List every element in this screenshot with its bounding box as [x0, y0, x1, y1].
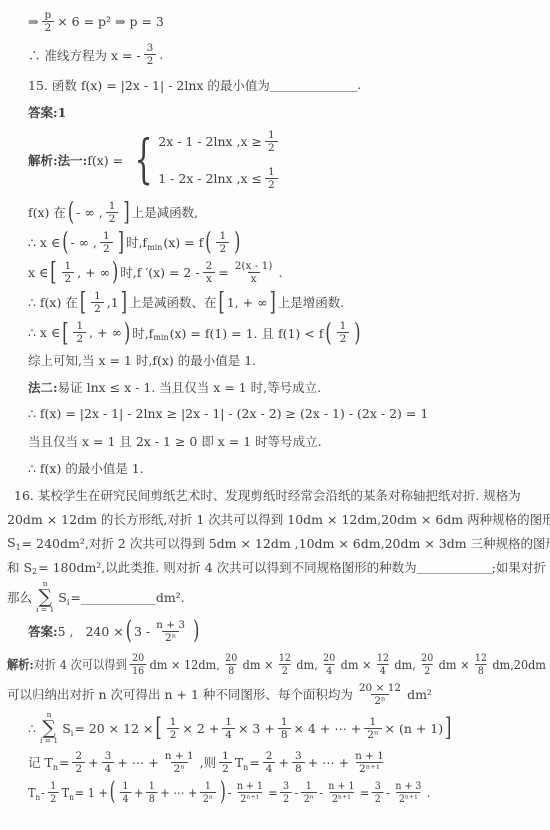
fraction: 128 [472, 652, 489, 677]
text-run: S [62, 721, 71, 736]
text-run: + [88, 755, 98, 770]
fraction: 32 [280, 780, 291, 805]
numerator: n + 1 [352, 750, 387, 762]
sum-lower-limit: i = 1 [36, 606, 54, 614]
text-run: ∴ x ∈ [28, 235, 60, 250]
p15-method2-lemma: 法二:易证 lnx ≤ x - 1. 当且仅当 x = 1 时,等号成立. [28, 376, 544, 397]
fraction: 12 [106, 200, 119, 225]
denominator: 8 [146, 792, 157, 805]
numerator: 3 [292, 750, 305, 762]
text-run: , + ∞ [89, 325, 122, 340]
big-delimiter: ) [193, 619, 199, 644]
text-run: = 240dm²,对折 2 次共可以得到 5dm × 12dm ,10dm × … [22, 534, 550, 552]
big-delimiter: ( [110, 780, 116, 805]
fraction: p2 [41, 9, 54, 34]
big-delimiter: ] [121, 290, 127, 315]
fraction: 122 [276, 652, 293, 677]
subscript: n [53, 763, 58, 772]
denominator: 2 [337, 332, 350, 345]
p15-method2-inequality: ∴ f(x) = |2x - 1| - 2lnx ≥ |2x - 1| - (2… [28, 403, 544, 424]
p15-decreasing-interval: f(x) 在( - ∞ ,12] 上是减函数, [28, 199, 544, 226]
text-run: S [7, 535, 16, 550]
numerator: 2 [203, 260, 216, 272]
text-run: . [427, 785, 431, 800]
fraction: 12 [73, 320, 86, 345]
big-delimiter: ] [270, 290, 276, 315]
fraction: 124 [374, 652, 391, 677]
text-run: 当且仅当 x = 1 且 2x - 1 ≥ 0 即 x = 1 时等号成立. [28, 432, 322, 450]
denominator: 2 [265, 141, 278, 154]
denominator: 2ⁿ [200, 792, 216, 805]
denominator: 4 [377, 664, 388, 677]
text-run: x ∈ [28, 265, 48, 280]
text-run: dm² [407, 687, 432, 702]
denominator: 2ⁿ⁺¹ [329, 792, 353, 805]
text-run: 2x - 1 - 2lnx ,x ≥ [158, 134, 262, 149]
p15-min-on-right-interval: ∴ x ∈ [12, + ∞ ) 时,fmin(x) = f(1) = 1. 且… [28, 319, 544, 346]
numerator: 12 [276, 652, 293, 664]
text-run: ∴ 准线方程为 x = - [28, 46, 141, 64]
text-run: - [294, 785, 298, 800]
text-run: 5 , 240 × [58, 624, 124, 639]
bold-text-run: 法二: [28, 378, 58, 396]
numerator: p [41, 9, 54, 21]
text-run: = [249, 755, 259, 770]
denominator: 2ⁿ [364, 728, 381, 741]
text-run: dm × [243, 657, 274, 672]
p14-parameter-step: ⇒ p2 × 6 = p² ⇒ p = 3 [28, 8, 544, 35]
p16-answer: 答案:5 , 240 × (3 - n + 32ⁿ) [28, 618, 544, 645]
cases-row: 1 - 2x - 2lnx ,x ≤ 12 [158, 165, 280, 192]
text-run: = [218, 265, 228, 280]
denominator: 2 [42, 21, 55, 34]
document-page: ⇒ p2 × 6 = p² ⇒ p = 3∴ 准线方程为 x = - 32.15… [0, 0, 550, 830]
text-run: dm, [296, 657, 317, 672]
text-run: 对折 4 次可以得到 [34, 655, 127, 673]
subscript: 1 [16, 543, 21, 552]
denominator: 2 [167, 728, 180, 741]
denominator: x [248, 272, 260, 285]
big-delimiter: ( [62, 230, 68, 255]
subscript: n [69, 793, 74, 802]
text-run: = [59, 755, 69, 770]
numerator: 3 [372, 780, 383, 792]
big-delimiter: ( [68, 200, 74, 225]
p16-statement-line1: 16. 某校学生在研究民间剪纸艺术时、发现剪纸时经常会沿纸的某条对称轴把纸对折.… [14, 484, 544, 505]
text-run: f(x) 在 [28, 203, 66, 221]
numerator: 1 [222, 716, 235, 728]
numerator: 1 [146, 780, 157, 792]
big-delimiter: ( [126, 619, 132, 644]
subscript: n [36, 793, 41, 802]
fraction: 12 [219, 750, 232, 775]
text-run: + ⋯ + [160, 785, 197, 800]
piecewise-cases: {2x - 1 - 2lnx ,x ≥ 121 - 2x - 2lnx ,x ≤… [127, 128, 281, 192]
fraction: 18 [146, 780, 157, 805]
text-run: ∴ x ∈ [28, 325, 60, 340]
text-run: S [58, 590, 67, 605]
fraction: 12 [48, 780, 59, 805]
numerator: 2 [72, 750, 85, 762]
subscript: i [67, 598, 70, 607]
text-run: f(x) = [87, 153, 123, 168]
text-run: × (n + 1) [385, 721, 444, 736]
fraction: 2(x - 1)x [232, 260, 276, 285]
text-run: 15. 函数 f(x) = |2x - 1| - 2lnx 的最小值为 [28, 76, 270, 94]
denominator: 2 [144, 54, 157, 67]
big-delimiter: [ [80, 290, 86, 315]
numerator: 20 [129, 652, 146, 664]
text-run: dm × [439, 657, 470, 672]
numerator: n + 1 [162, 750, 197, 762]
text-run: 上是增函数. [278, 293, 344, 311]
fraction: 24 [263, 750, 276, 775]
text-run: 上是减函数, [132, 203, 198, 221]
answer-blank: ____________ [417, 559, 492, 574]
text-run: 那么 [7, 588, 32, 606]
fraction: 12 [100, 230, 113, 255]
numerator: 1 [120, 780, 131, 792]
text-run: - ∞ , [76, 205, 103, 220]
numerator: 12 [472, 652, 489, 664]
denominator: 2ⁿ⁺¹ [238, 792, 262, 805]
cases-brace: { [135, 137, 153, 184]
text-run: = [70, 590, 80, 605]
text-run: × 4 + ⋯ + [294, 721, 362, 736]
denominator: 2ⁿ⁺¹ [356, 762, 383, 775]
numerator: 3 [280, 780, 291, 792]
text-run: 综上可知,当 x = 1 时,f(x) 的最小值是 1. [28, 351, 256, 369]
text-run: . [357, 77, 361, 92]
fraction: 18 [278, 716, 291, 741]
text-run: 时,f [126, 233, 147, 251]
text-run: 记 T [28, 753, 53, 771]
text-run: 20dm × 12dm 的长方形纸,对折 1 次共可以得到 10dm × 12d… [7, 510, 550, 528]
p15-answer: 答案:1 [28, 101, 544, 122]
cases-rows: 2x - 1 - 2lnx ,x ≥ 121 - 2x - 2lnx ,x ≤ … [158, 128, 280, 192]
text-run: 易证 lnx ≤ x - 1. 当且仅当 x = 1 时,等号成立. [58, 378, 321, 396]
denominator: 4 [263, 762, 276, 775]
bold-text-run: 解析: [7, 655, 34, 673]
denominator: 4 [102, 762, 115, 775]
text-run: T [235, 755, 243, 770]
p15-derivative: x ∈ [12, + ∞ ) 时,f ′(x) = 2 - 2x = 2(x -… [28, 259, 544, 286]
text-run: 时,f ′(x) = 2 - [120, 263, 199, 281]
big-delimiter: ) [234, 230, 240, 255]
fraction: 2016 [129, 652, 146, 677]
answer-blank: ____________ [81, 590, 156, 605]
summation-symbol: n∑i = 1 [40, 711, 58, 746]
fraction: 32 [372, 780, 383, 805]
text-run: dm². [156, 590, 185, 605]
fraction: 2x [203, 260, 216, 285]
big-delimiter: ) [112, 260, 118, 285]
p16-statement-line2: 20dm × 12dm 的长方形纸,对折 1 次共可以得到 10dm × 12d… [7, 508, 544, 529]
big-delimiter: ) [220, 780, 226, 805]
text-run: , + ∞ [77, 265, 110, 280]
subscript: 2 [32, 567, 37, 576]
fraction: 12ⁿ [364, 716, 381, 741]
text-run: 可以归纳出对折 n 次可得出 n + 1 种不同图形、每个面积均为 [7, 685, 353, 703]
bold-text-run: 解析:法一: [28, 151, 87, 169]
big-delimiter: [ [155, 716, 161, 741]
p15-min-on-left-interval: ∴ x ∈ ( - ∞ ,12] 时,fmin(x) = f(12) [28, 229, 544, 256]
text-run: (x) = f [163, 235, 203, 250]
fraction: 32 [144, 42, 157, 67]
text-run: dm × [341, 657, 372, 672]
text-run: (x) = f(1) = 1. 且 f(1) < f [170, 324, 324, 342]
numerator: 2(x - 1) [232, 260, 276, 272]
numerator: 1 [106, 200, 119, 212]
numerator: 1 [167, 716, 180, 728]
p15-method2-conclusion: ∴ f(x) 的最小值是 1. [28, 457, 544, 478]
text-run: ∴ f(x) = |2x - 1| - 2lnx ≥ |2x - 1| - (2… [28, 406, 428, 421]
p15-problem-statement: 15. 函数 f(x) = |2x - 1| - 2lnx 的最小值为_____… [28, 74, 544, 95]
fraction: 12 [337, 320, 350, 345]
text-run: = [360, 785, 369, 800]
cases-row: 2x - 1 - 2lnx ,x ≥ 12 [158, 128, 280, 155]
numerator: 1 [219, 750, 232, 762]
denominator: 2 [48, 792, 59, 805]
fraction: 12 [167, 716, 180, 741]
denominator: 2 [219, 762, 232, 775]
numerator: 1 [48, 780, 59, 792]
numerator: 12 [374, 652, 391, 664]
p15-monotonicity: ∴ f(x) 在[12,1] 上是减函数、在[1, + ∞ ] 上是增函数. [28, 289, 544, 316]
text-run: 和 S [7, 558, 32, 576]
text-run: ⇒ [28, 14, 38, 29]
denominator: 2 [72, 762, 85, 775]
text-run: 16. 某校学生在研究民间剪纸艺术时、发现剪纸时经常会沿纸的某条对称轴把纸对折.… [14, 486, 521, 504]
subscript: min [153, 333, 168, 342]
denominator: 2 [62, 272, 75, 285]
sigma-glyph: ∑ [38, 588, 52, 606]
bold-text-run: 答案:1 [28, 103, 66, 121]
big-delimiter: [ [218, 290, 224, 315]
numerator: 1 [73, 320, 86, 332]
numerator: 1 [367, 716, 380, 728]
fraction: n + 12ⁿ [162, 750, 197, 775]
fraction: 12 [216, 230, 229, 255]
numerator: n + 3 [153, 619, 188, 631]
big-delimiter: ] [445, 716, 451, 741]
big-delimiter: ) [124, 320, 130, 345]
numerator: n + 3 [393, 780, 424, 792]
bold-text-run: 答案: [28, 622, 58, 640]
subscript: min [147, 243, 162, 252]
p15-method2-equality-condition: 当且仅当 x = 1 且 2x - 1 ≥ 0 即 x = 1 时等号成立. [28, 430, 544, 451]
numerator: 20 × 12 [356, 682, 404, 694]
text-run: × 6 = p² ⇒ p = 3 [57, 14, 164, 29]
summation-symbol: n∑i = 1 [36, 580, 54, 615]
fraction: n + 12ⁿ⁺¹ [234, 780, 265, 805]
subscript: n [243, 763, 248, 772]
fraction: n + 32ⁿ [153, 619, 188, 644]
text-run: 3 - [134, 624, 150, 639]
text-run: × 2 + [182, 721, 219, 736]
fraction: 208 [222, 652, 239, 677]
fraction: 14 [120, 780, 131, 805]
denominator: 8 [278, 728, 291, 741]
numerator: 1 [265, 166, 278, 178]
denominator: 2 [421, 664, 432, 677]
fraction: 12 [265, 166, 278, 191]
big-delimiter: [ [62, 320, 68, 345]
p16-Tn-definition: 记 Tn = 22 + 34 + ⋯ + n + 12ⁿ,则12Tn = 24 … [28, 749, 544, 776]
subscript: i [71, 729, 74, 738]
p15-method1-conclusion: 综上可知,当 x = 1 时,f(x) 的最小值是 1. [28, 349, 544, 370]
numerator: 1 [202, 780, 213, 792]
numerator: 1 [303, 780, 314, 792]
numerator: 1 [91, 290, 104, 302]
numerator: 1 [100, 230, 113, 242]
denominator: 8 [292, 762, 305, 775]
fraction: 20 × 122ⁿ [356, 682, 404, 707]
text-run: ,1 [107, 295, 119, 310]
fraction: 12 [265, 129, 278, 154]
denominator: 2 [100, 242, 113, 255]
p16-Tn-subtraction: Tn - 12Tn = 1 + (14 + 18 + ⋯ + 12ⁿ) - n … [28, 779, 492, 806]
text-run: dm × 12dm, [150, 657, 220, 672]
text-run: ∴ f(x) 的最小值是 1. [28, 459, 144, 477]
numerator: 1 [216, 230, 229, 242]
denominator: 2 [280, 792, 291, 805]
p16-statement-line4: 和 S2 = 180dm²,以此类推. 则对折 4 次共可以得到不同规格图形的种… [7, 556, 544, 577]
fraction: n + 12ⁿ⁺¹ [326, 780, 357, 805]
big-delimiter: ] [123, 200, 129, 225]
answer-blank: ______________ [270, 77, 358, 92]
text-run: + ⋯ + [308, 755, 349, 770]
text-run: dm, [394, 657, 415, 672]
text-run: + [134, 785, 143, 800]
fraction: 34 [102, 750, 115, 775]
text-run: 1 - 2x - 2lnx ,x ≤ [158, 171, 262, 186]
fraction: 12 [62, 260, 75, 285]
text-run: = [268, 785, 277, 800]
denominator: 16 [129, 664, 146, 677]
text-run: . [278, 265, 282, 280]
denominator: 4 [323, 664, 334, 677]
text-run: 1, + ∞ [227, 295, 268, 310]
text-run: = 1 + [75, 785, 108, 800]
denominator: 4 [120, 792, 131, 805]
text-run: . [159, 47, 163, 62]
big-delimiter: ( [325, 320, 331, 345]
p16-statement-sum-blank: 那么 n∑i = 1Si = ____________dm². [7, 580, 544, 615]
sigma-glyph: ∑ [42, 719, 56, 737]
denominator: 2 [372, 792, 383, 805]
text-run: = 180dm²,以此类推. 则对折 4 次共可以得到不同规格图形的种数为 [38, 558, 417, 576]
sum-lower-limit: i = 1 [40, 737, 58, 745]
p15-method1-piecewise: 解析:法一:f(x) = {2x - 1 - 2lnx ,x ≥ 121 - 2… [28, 128, 544, 192]
fraction: n + 32ⁿ⁺¹ [393, 780, 424, 805]
text-run: 时,f [132, 324, 153, 342]
text-run: - [228, 785, 232, 800]
p16-analysis-generalization: 可以归纳出对折 n 次可得出 n + 1 种不同图形、每个面积均为20 × 12… [7, 681, 544, 708]
numerator: n + 1 [234, 780, 265, 792]
text-run: ∴ f(x) 在 [28, 293, 78, 311]
numerator: n + 1 [326, 780, 357, 792]
denominator: 8 [225, 664, 236, 677]
text-run: T [28, 785, 36, 800]
text-run: 上是减函数、在 [129, 293, 217, 311]
text-run: + ⋯ + [117, 755, 158, 770]
denominator: x [203, 272, 215, 285]
denominator: 2ⁿ⁺¹ [396, 792, 420, 805]
numerator: 1 [265, 129, 278, 141]
text-run: × 3 + [238, 721, 275, 736]
p16-statement-line3: S1 = 240dm²,对折 2 次共可以得到 5dm × 12dm ,10dm… [7, 532, 544, 553]
numerator: 1 [337, 320, 350, 332]
text-run: - ∞ , [70, 235, 97, 250]
denominator: 2 [279, 664, 290, 677]
denominator: 2 [106, 212, 119, 225]
text-run: T [62, 785, 70, 800]
fraction: 12ⁿ [301, 780, 317, 805]
denominator: 8 [475, 664, 486, 677]
big-delimiter: [ [50, 260, 56, 285]
numerator: 1 [278, 716, 291, 728]
denominator: 4 [222, 728, 235, 741]
fraction: 204 [320, 652, 337, 677]
fraction: 12ⁿ [200, 780, 216, 805]
fraction: n + 12ⁿ⁺¹ [352, 750, 387, 775]
fraction: 14 [222, 716, 235, 741]
p16-analysis-fold4: 解析:对折 4 次可以得到2016dm × 12dm,208dm × 122dm… [7, 651, 490, 678]
big-delimiter: ( [205, 230, 211, 255]
big-delimiter: ) [354, 320, 360, 345]
numerator: 2 [263, 750, 276, 762]
numerator: 20 [222, 652, 239, 664]
numerator: 20 [418, 652, 435, 664]
text-run: + [278, 755, 288, 770]
fraction: 22 [72, 750, 85, 775]
denominator: 2 [91, 302, 104, 315]
denominator: 2ⁿ [171, 762, 188, 775]
numerator: 3 [144, 42, 157, 54]
numerator: 20 [320, 652, 337, 664]
text-run: - [319, 785, 323, 800]
denominator: 2 [216, 242, 229, 255]
numerator: 1 [62, 260, 75, 272]
text-run: - [41, 785, 45, 800]
denominator: 2 [265, 178, 278, 191]
text-run: ∴ [28, 721, 36, 736]
text-run: = 20 × 12 × [74, 721, 153, 736]
fraction: 38 [292, 750, 305, 775]
text-run: - [386, 785, 390, 800]
p14-directrix-conclusion: ∴ 准线方程为 x = - 32. [28, 41, 544, 68]
denominator: 2 [73, 332, 86, 345]
big-delimiter: ] [118, 230, 124, 255]
text-run: ,则 [200, 753, 216, 771]
fraction: 202 [418, 652, 435, 677]
p16-sum-expansion: ∴ n∑i = 1Si = 20 × 12 × [12 × 2 + 14 × 3… [28, 711, 544, 746]
denominator: 2ⁿ [301, 792, 317, 805]
denominator: 2ⁿ [162, 631, 179, 644]
text-run: ;如果对折 n 次, [492, 558, 550, 576]
numerator: 3 [102, 750, 115, 762]
fraction: 12 [91, 290, 104, 315]
text-run: dm,20dm × [492, 657, 550, 672]
denominator: 2ⁿ [371, 694, 388, 707]
